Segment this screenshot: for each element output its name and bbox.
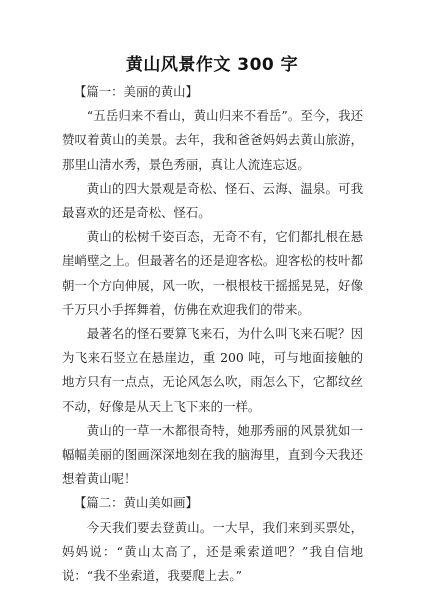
paragraph: 今天我们要去登黄山。一大早，我们来到买票处，妈妈说：“黄山太高了，还是乘索道吧？…: [62, 516, 363, 589]
section-heading-2: 【篇二：黄山美如画】: [62, 491, 363, 515]
paragraph: 黄山的四大景观是奇松、怪石、云海、温泉。可我最喜欢的还是奇松、怪石。: [62, 177, 363, 225]
paragraph: 黄山的一草一木都很奇特，她那秀丽的风景犹如一幅幅美丽的图画深深地刻在我的脑海里，…: [62, 419, 363, 492]
paragraph: 最著名的怪石要算飞来石，为什么叫飞来石呢？因为飞来石竖立在悬崖边，重 200 吨…: [62, 322, 363, 419]
section-heading-1: 【篇一：美丽的黄山】: [62, 80, 363, 104]
paragraph: 黄山的松树千姿百态，无奇不有，它们都扎根在悬崖峭壁之上。但最著名的还是迎客松。迎…: [62, 225, 363, 322]
document-title: 黄山风景作文 300 字: [0, 50, 424, 75]
paragraph: “五岳归来不看山，黄山归来不看岳”。至今，我还赞叹着黄山的美景。去年，我和爸爸妈…: [62, 104, 363, 177]
document-page: 黄山风景作文 300 字 【篇一：美丽的黄山】 “五岳归来不看山，黄山归来不看岳…: [0, 0, 424, 600]
document-body: 【篇一：美丽的黄山】 “五岳归来不看山，黄山归来不看岳”。至今，我还赞叹着黄山的…: [62, 80, 363, 588]
